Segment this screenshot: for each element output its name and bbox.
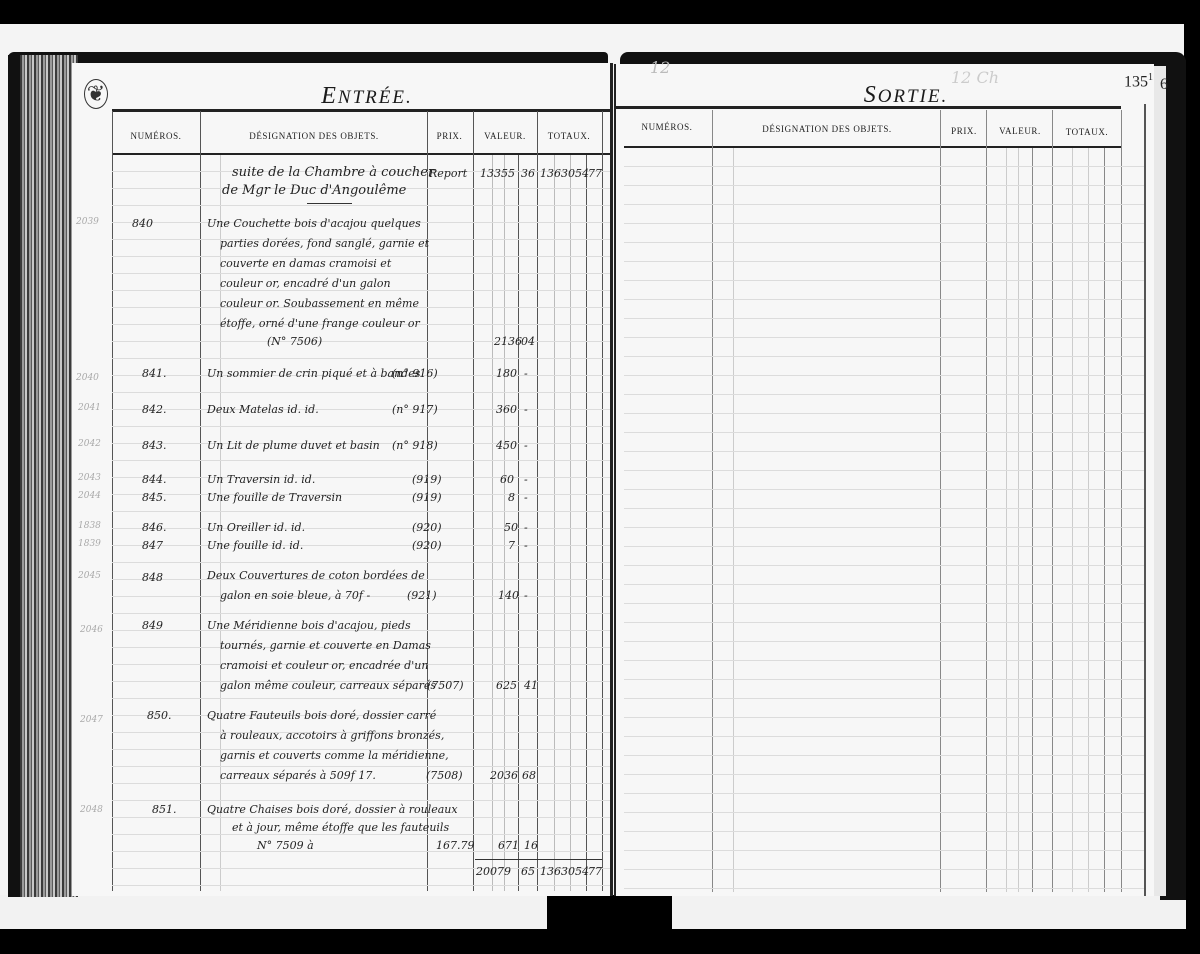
entry-ref: (n° 916) [392, 367, 438, 380]
entry-valeur-cents: 04 [521, 335, 535, 348]
entry-valeur-cents: 41 [524, 679, 538, 692]
entry-valeur-cents: 16 [524, 839, 538, 852]
entry-numero: 850. [147, 709, 172, 722]
margin-number: 1838 [78, 521, 101, 531]
entry-ref: (920) [412, 539, 442, 552]
entry-line: Un Oreiller id. id. [207, 521, 305, 534]
bottom-paper-strip-right [672, 895, 1186, 929]
entry-valeur-cents: - [524, 367, 528, 380]
entry-valeur-cents: - [524, 521, 528, 534]
report-valeur-cents: 36 [521, 167, 535, 180]
entry-line: Deux Couvertures de coton bordées de [207, 569, 425, 582]
report-totaux: 1363054 [540, 167, 589, 180]
entry-valeur: 8 [508, 491, 515, 504]
col-header-totaux: TOTAUX. [537, 131, 601, 141]
entry-line: Une Couchette bois d'acajou quelques [207, 217, 421, 230]
entry-valeur-cents: 68 [522, 769, 536, 782]
margin-number: 2039 [76, 217, 99, 227]
page-edge-line [1144, 104, 1146, 896]
report-valeur: 13355 [480, 167, 515, 180]
entry-line: tournés, garnie et couverte en Damas [220, 639, 431, 652]
entry-line: (N° 7506) [267, 335, 322, 348]
margin-number: 2045 [78, 571, 101, 581]
entry-numero: 845. [142, 491, 167, 504]
entry-valeur: 671 [498, 839, 519, 852]
entry-valeur-cents: - [524, 539, 528, 552]
bottom-paper-strip-left [0, 895, 547, 929]
entry-ref: (919) [412, 473, 442, 486]
margin-number: 1839 [78, 539, 101, 549]
entry-line: parties dorées, fond sanglé, garnie et [220, 237, 429, 250]
entry-valeur: 2036 [490, 769, 518, 782]
entry-numero: 849 [142, 619, 163, 632]
entry-line: N° 7509 à [257, 839, 314, 852]
entry-line: couleur or. Soubassement en même [220, 297, 419, 310]
entry-numero: 851. [152, 803, 177, 816]
entry-valeur: 50 [504, 521, 518, 534]
entry-ref: (n° 918) [392, 439, 438, 452]
entry-line: carreaux séparés à 509f 17. [220, 769, 376, 782]
entry-valeur-cents: - [524, 491, 528, 504]
margin-number: 2041 [78, 403, 101, 413]
footer-valeur-cents: 65 [521, 865, 535, 878]
footer-valeur: 20079 [476, 865, 511, 878]
col-header-designation: DÉSIGNATION DES OBJETS. [714, 124, 940, 134]
margin-number: 2048 [80, 805, 103, 815]
entry-valeur: 450 [496, 439, 517, 452]
entry-line: Quatre Fauteuils bois doré, dossier carr… [207, 709, 436, 722]
entry-numero: 841. [142, 367, 167, 380]
col-header-prix: PRIX. [942, 126, 986, 136]
col-header-valeur: VALEUR. [988, 126, 1052, 136]
entry-ref: (7507) [427, 679, 464, 692]
ruled-lines [624, 148, 1144, 892]
margin-number: 2040 [76, 373, 99, 383]
sum-rule [475, 859, 602, 860]
col-header-valeur: VALEUR. [474, 131, 536, 141]
entry-ref: (919) [412, 491, 442, 504]
entry-line: Un Traversin id. id. [207, 473, 315, 486]
entry-line: couleur or, encadré d'un galon [220, 277, 391, 290]
entry-line: Deux Matelas id. id. [207, 403, 319, 416]
margin-number: 2043 [78, 473, 101, 483]
entry-valeur-cents: - [524, 439, 528, 452]
entry-line: galon même couleur, carreaux séparés [220, 679, 436, 692]
entry-numero: 848 [142, 571, 163, 584]
entry-valeur: 180 [496, 367, 517, 380]
entry-line: à rouleaux, accotoirs à griffons bronzés… [220, 729, 444, 742]
entry-valeur: 2136 [494, 335, 522, 348]
entry-numero: 843. [142, 439, 167, 452]
col-header-numeros: NUMÉROS. [114, 131, 198, 141]
entry-valeur: 140 [498, 589, 519, 602]
entry-numero: 847 [142, 539, 163, 552]
entry-valeur: 7 [508, 539, 515, 552]
entry-line: Une Méridienne bois d'acajou, pieds [207, 619, 411, 632]
entry-valeur-cents: - [524, 403, 528, 416]
carried-forward-desc-1: suite de la Chambre à coucher [232, 165, 434, 180]
entry-line: étoffe, orné d'une frange couleur or [220, 317, 420, 330]
gutter-gap [547, 895, 672, 954]
entry-numero: 842. [142, 403, 167, 416]
entry-valeur: 625 [496, 679, 517, 692]
col-header-designation: DÉSIGNATION DES OBJETS. [202, 131, 426, 141]
page-title-entree: ENTRÉE. [252, 83, 482, 110]
entry-numero: 846. [142, 521, 167, 534]
entry-ref: (920) [412, 521, 442, 534]
col-header-totaux: TOTAUX. [1054, 127, 1120, 137]
entry-line: Un Lit de plume duvet et basin [207, 439, 380, 452]
report-totaux-cents: 77 [588, 167, 602, 180]
page-title-sortie: SORTIE. [786, 82, 1026, 109]
entry-line: Un sommier de crin piqué et à bandes [207, 367, 420, 380]
footer-totaux-cents: 77 [588, 865, 602, 878]
entry-ref: (n° 917) [392, 403, 438, 416]
entry-valeur-cents: - [524, 589, 528, 602]
header-top-rule [112, 109, 610, 112]
edge-mark: 6 [1160, 76, 1168, 94]
carried-forward-desc-2: de Mgr le Duc d'Angoulême [222, 183, 406, 198]
header-top-rule [616, 106, 1121, 109]
entry-line: cramoisi et couleur or, encadrée d'un [220, 659, 428, 672]
entry-line: Quatre Chaises bois doré, dossier à roul… [207, 803, 458, 816]
book-page-edges-left [8, 55, 78, 897]
entry-line: couverte en damas cramoisi et [220, 257, 391, 270]
entry-prix: 167.79 [436, 839, 475, 852]
entry-numero: 840 [132, 217, 153, 230]
ledger-page-entree: ❦ ENTRÉE. NUMÉROS. DÉSIGNATION DES OBJET… [72, 63, 613, 896]
entry-numero: 844. [142, 473, 167, 486]
col-header-numeros: NUMÉROS. [624, 122, 710, 132]
entry-ref: (921) [407, 589, 437, 602]
entry-ref: (7508) [426, 769, 463, 782]
ledger-page-sortie: 12 12 Ch SORTIE. 1351 6 NUMÉROS. DÉSIGNA… [614, 64, 1154, 896]
pencil-note: 12 [650, 58, 670, 77]
section-underline [307, 203, 352, 204]
margin-number: 2046 [80, 625, 103, 635]
margin-number: 2042 [78, 439, 101, 449]
entry-valeur: 60 [500, 473, 514, 486]
entry-line: garnis et couverts comme la méridienne, [220, 749, 449, 762]
entry-valeur: 360 [496, 403, 517, 416]
entry-valeur-cents: - [524, 473, 528, 486]
entry-line: Une fouille id. id. [207, 539, 303, 552]
monogram-stamp-icon: ❦ [84, 79, 108, 109]
entry-line: galon en soie bleue, à 70f - [220, 589, 370, 602]
entry-line: Une fouille de Traversin [207, 491, 342, 504]
margin-number: 2044 [78, 491, 101, 501]
footer-totaux: 1363054 [540, 865, 589, 878]
margin-number: 2047 [80, 715, 103, 725]
report-label: Report [429, 167, 467, 180]
entry-line: et à jour, même étoffe que les fauteuils [232, 821, 449, 834]
folio-number: 1351 [1124, 72, 1153, 91]
col-header-prix: PRIX. [427, 131, 472, 141]
